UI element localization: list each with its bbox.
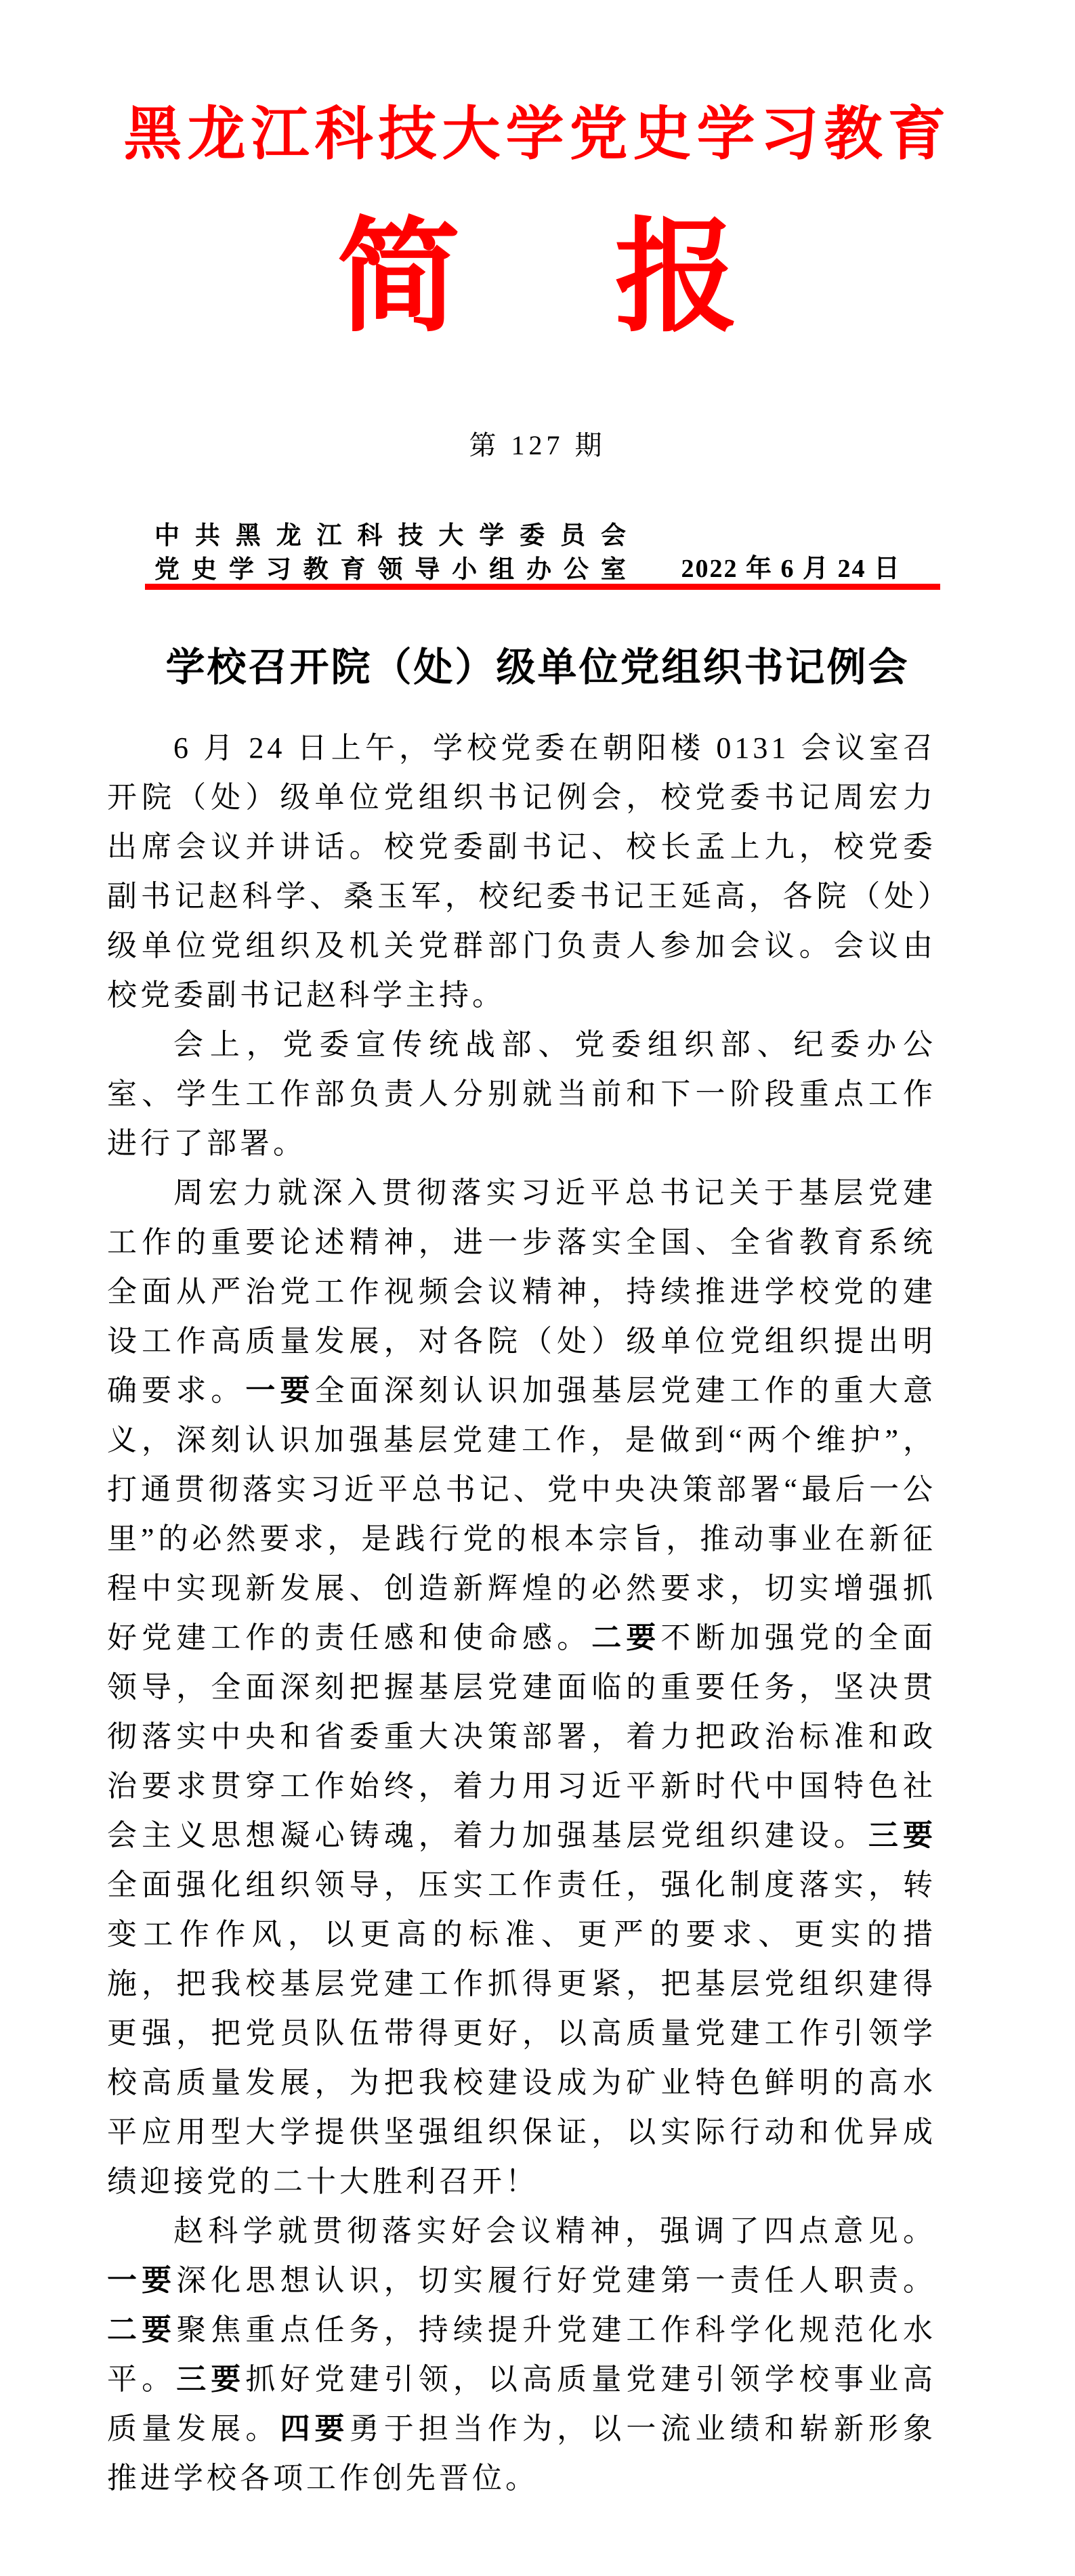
issuer-char: 小 <box>452 549 477 585</box>
text-run: 会上，党委宣传统战部、党委组织部、纪委办公室、学生工作部负责人分别就当前和下一阶… <box>107 1028 936 1160</box>
issuer-char: 领 <box>377 549 402 585</box>
article-body: 6 月 24 日上午，学校党委在朝阳楼 0131 会议室召开院（处）级单位党组织… <box>107 723 936 2503</box>
emphasis-run: 四要 <box>280 2412 349 2445</box>
issuer-char: 育 <box>341 549 366 585</box>
emphasis-run: 一要 <box>107 2264 176 2297</box>
text-run: 不断加强党的全面领导，全面深刻把握基层党建面临的重要任务，坚决贯彻落实中央和省委… <box>107 1621 936 1852</box>
issuer-line-committee: 中共黑龙江科技大学委员会 <box>154 516 626 550</box>
issuer-char: 员 <box>560 515 585 551</box>
bulletin-char-jian: 简 <box>337 215 461 339</box>
text-run: 6 月 24 日上午，学校党委在朝阳楼 0131 会议室召开院（处）级单位党组织… <box>107 731 936 1012</box>
text-run: 全面深刻认识加强基层党建工作的重大意义，深刻认识加强基层党建工作，是做到“两个维… <box>107 1374 936 1654</box>
issuer-char: 党 <box>154 549 180 585</box>
issuer-char: 学 <box>229 549 254 585</box>
issuer-char: 委 <box>520 515 545 551</box>
body-paragraph: 会上，党委宣传统战部、党委组织部、纪委办公室、学生工作部负责人分别就当前和下一阶… <box>107 1020 936 1168</box>
issuer-char: 大 <box>438 515 463 551</box>
issuer-char: 导 <box>415 549 440 585</box>
issuer-char: 教 <box>303 549 329 585</box>
issuer-char: 共 <box>195 515 220 551</box>
issuer-char: 组 <box>489 549 514 585</box>
issuer-char: 公 <box>564 549 589 585</box>
issuer-char: 学 <box>479 515 504 551</box>
issuer-char: 会 <box>601 515 626 551</box>
masthead-org-title: 黑龙江科技大学党史学习教育 <box>0 87 1075 171</box>
emphasis-run: 三要 <box>176 2363 245 2396</box>
issuer-char: 办 <box>526 549 551 585</box>
body-paragraph: 赵科学就贯彻落实好会议精神，强调了四点意见。一要深化思想认识，切实履行好党建第一… <box>107 2206 936 2503</box>
emphasis-run: 二要 <box>591 1621 660 1654</box>
bulletin-char-bao: 报 <box>615 215 738 339</box>
emphasis-run: 二要 <box>107 2313 176 2346</box>
issuer-char: 习 <box>266 549 291 585</box>
emphasis-run: 一要 <box>245 1374 314 1407</box>
body-paragraph: 周宏力就深入贯彻落实习近平总书记关于基层党建工作的重要论述精神，进一步落实全国、… <box>107 1168 936 2206</box>
issuer-char: 黑 <box>236 515 261 551</box>
issuer-char: 史 <box>192 549 217 585</box>
issuer-char: 科 <box>358 515 383 551</box>
issuer-char: 室 <box>601 549 626 585</box>
text-run: 全面强化组织领导，压实工作责任，强化制度落实，转变工作作风，以更高的标准、更严的… <box>107 1868 936 2198</box>
text-run: 周宏力就深入贯彻落实习近平总书记关于基层党建工作的重要论述精神，进一步落实全国、… <box>107 1176 936 1407</box>
issuer-char: 中 <box>154 515 180 551</box>
issuer-char: 技 <box>398 515 423 551</box>
body-paragraph: 6 月 24 日上午，学校党委在朝阳楼 0131 会议室召开院（处）级单位党组织… <box>107 723 936 1020</box>
masthead-divider-rule <box>145 584 940 590</box>
issuer-char: 龙 <box>276 515 301 551</box>
article-title: 学校召开院（处）级单位党组织书记例会 <box>0 635 1075 692</box>
bulletin-document-page: 黑龙江科技大学党史学习教育 简 报 第 127 期 中共黑龙江科技大学委员会 党… <box>0 0 1075 2576</box>
issuer-line-office: 党史学习教育领导小组办公室 <box>154 550 626 584</box>
text-run: 赵科学就贯彻落实好会议精神，强调了四点意见。 <box>173 2214 936 2248</box>
masthead-date: 2022 年 6 月 24 日 <box>681 547 901 584</box>
issuer-char: 江 <box>317 515 342 551</box>
text-run: 深化思想认识，切实履行好党建第一责任人职责。 <box>176 2264 936 2297</box>
masthead-bulletin-title: 简 报 <box>0 215 1075 339</box>
emphasis-run: 三要 <box>868 1819 936 1852</box>
issue-number: 第 127 期 <box>0 424 1075 463</box>
issuer-block: 中共黑龙江科技大学委员会 党史学习教育领导小组办公室 <box>154 516 626 584</box>
